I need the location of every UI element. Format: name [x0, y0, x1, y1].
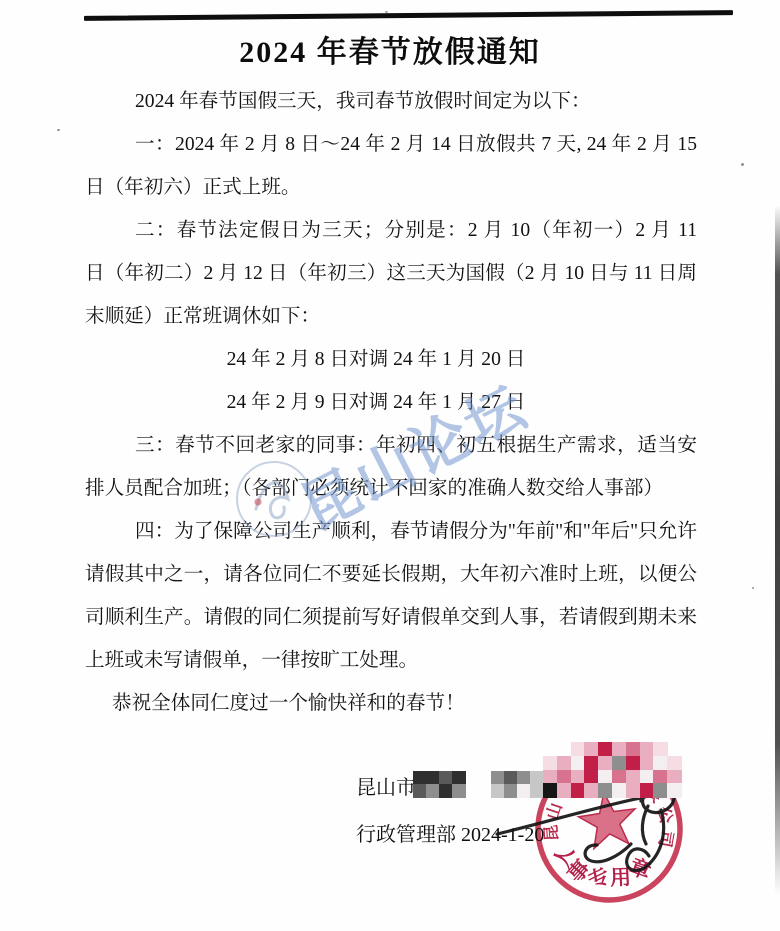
censor-cell	[426, 771, 440, 785]
censor-cell	[667, 770, 681, 784]
censor-cell	[584, 770, 598, 784]
body-line-7: 24 年 2 月 8 日对调 24 年 1 月 20 日	[85, 338, 697, 381]
censor-cell	[557, 756, 571, 770]
censor-cell	[626, 783, 640, 797]
censor-cell	[612, 783, 626, 797]
top-rule	[84, 10, 733, 21]
censor-cell	[543, 770, 557, 784]
body-line-11: 四：为了保障公司生产顺利，春节请假分为"年前"和"年后"只允许	[85, 510, 697, 553]
censor-cell	[598, 770, 612, 784]
censor-cell	[584, 756, 598, 770]
censor-cell	[626, 756, 640, 770]
censor-cell	[640, 756, 654, 770]
censor-cell	[517, 771, 531, 785]
censor-cell	[439, 771, 453, 785]
censor-cell	[452, 784, 466, 798]
censor-cell	[491, 784, 505, 798]
censor-cell	[571, 770, 585, 784]
censor-cell	[543, 756, 557, 770]
censor-cell	[491, 771, 505, 785]
page-edge-shadow	[775, 205, 780, 895]
censor-cell	[452, 771, 466, 785]
signature-org-line: 昆山市	[356, 771, 416, 800]
body-line-10: 排人员配合加班；（各部门必须统计不回家的准确人数交给人事部）	[85, 467, 697, 510]
censor-cell	[504, 784, 518, 798]
censor-cell	[612, 756, 626, 770]
censor-cell	[598, 756, 612, 770]
censor-cell	[584, 742, 598, 756]
body-line-1: 2024 年春节国假三天，我司春节放假时间定为以下：	[85, 80, 697, 123]
scan-speck	[385, 11, 388, 13]
censor-cell	[667, 756, 681, 770]
page-title: 2024 年春节放假通知	[0, 27, 780, 71]
body-line-4: 二：春节法定假日为三天；分别是：2 月 10（年初一）2 月 11	[85, 209, 697, 252]
censor-cell	[612, 770, 626, 784]
body-line-6: 末顺延）正常班调休如下：	[85, 295, 697, 338]
censor-cell	[653, 783, 667, 797]
body-line-3: 日（年初六）正式上班。	[85, 166, 697, 209]
censor-cell	[557, 783, 571, 797]
body-line-2: 一：2024 年 2 月 8 日～24 年 2 月 14 日放假共 7 天, 2…	[85, 123, 697, 166]
censor-cell	[557, 770, 571, 784]
censor-cell	[667, 783, 681, 797]
notice-page: 2024 年春节放假通知 2024 年春节国假三天，我司春节放假时间定为以下：一…	[0, 0, 780, 931]
scan-speck	[57, 129, 60, 131]
body-line-14: 上班或未写请假单，一律按旷工处理。	[85, 639, 697, 682]
watermark-logo	[236, 461, 312, 537]
body-line-9: 三：春节不回老家的同事：年初四、初五根据生产需求，适当安	[85, 424, 697, 467]
censor-cell	[413, 771, 427, 785]
censor-cell	[598, 783, 612, 797]
censor-cell	[571, 756, 585, 770]
watermark-logo-mark	[238, 463, 306, 531]
body-line-5: 日（年初二）2 月 12 日（年初三）这三天为国假（2 月 10 日与 11 日…	[85, 252, 697, 295]
censor-cell	[426, 784, 440, 798]
censor-cell	[640, 742, 654, 756]
body-line-8: 24 年 2 月 9 日对调 24 年 1 月 27 日	[85, 381, 697, 424]
censor-cell	[584, 783, 598, 797]
censor-cell	[626, 742, 640, 756]
censor-cell	[640, 783, 654, 797]
body-lines: 2024 年春节国假三天，我司春节放假时间定为以下：一：2024 年 2 月 8…	[85, 80, 697, 725]
censor-cell	[653, 756, 667, 770]
scan-speck	[741, 163, 744, 166]
censor-cell	[439, 784, 453, 798]
body-line-15: 恭祝全体同仁度过一个愉快祥和的春节！	[85, 682, 697, 725]
censor-cell	[653, 742, 667, 756]
scan-speck	[752, 587, 754, 589]
censor-cell	[530, 771, 544, 785]
censor-cell	[413, 784, 427, 798]
censor-cell	[504, 771, 518, 785]
censor-cell	[598, 742, 612, 756]
censor-cell	[612, 742, 626, 756]
censor-cell	[640, 770, 654, 784]
censor-cell	[571, 742, 585, 756]
censor-cell	[543, 783, 557, 797]
censor-cell	[530, 784, 544, 798]
body-line-13: 司顺利生产。请假的同仁须提前写好请假单交到人事，若请假到期未来	[85, 596, 697, 639]
censor-cell	[626, 770, 640, 784]
censor-cell	[653, 770, 667, 784]
body-line-12: 请假其中之一，请各位同仁不要延长假期，大年初六准时上班，以便公	[85, 553, 697, 596]
censor-cell	[517, 784, 531, 798]
censor-cell	[571, 783, 585, 797]
